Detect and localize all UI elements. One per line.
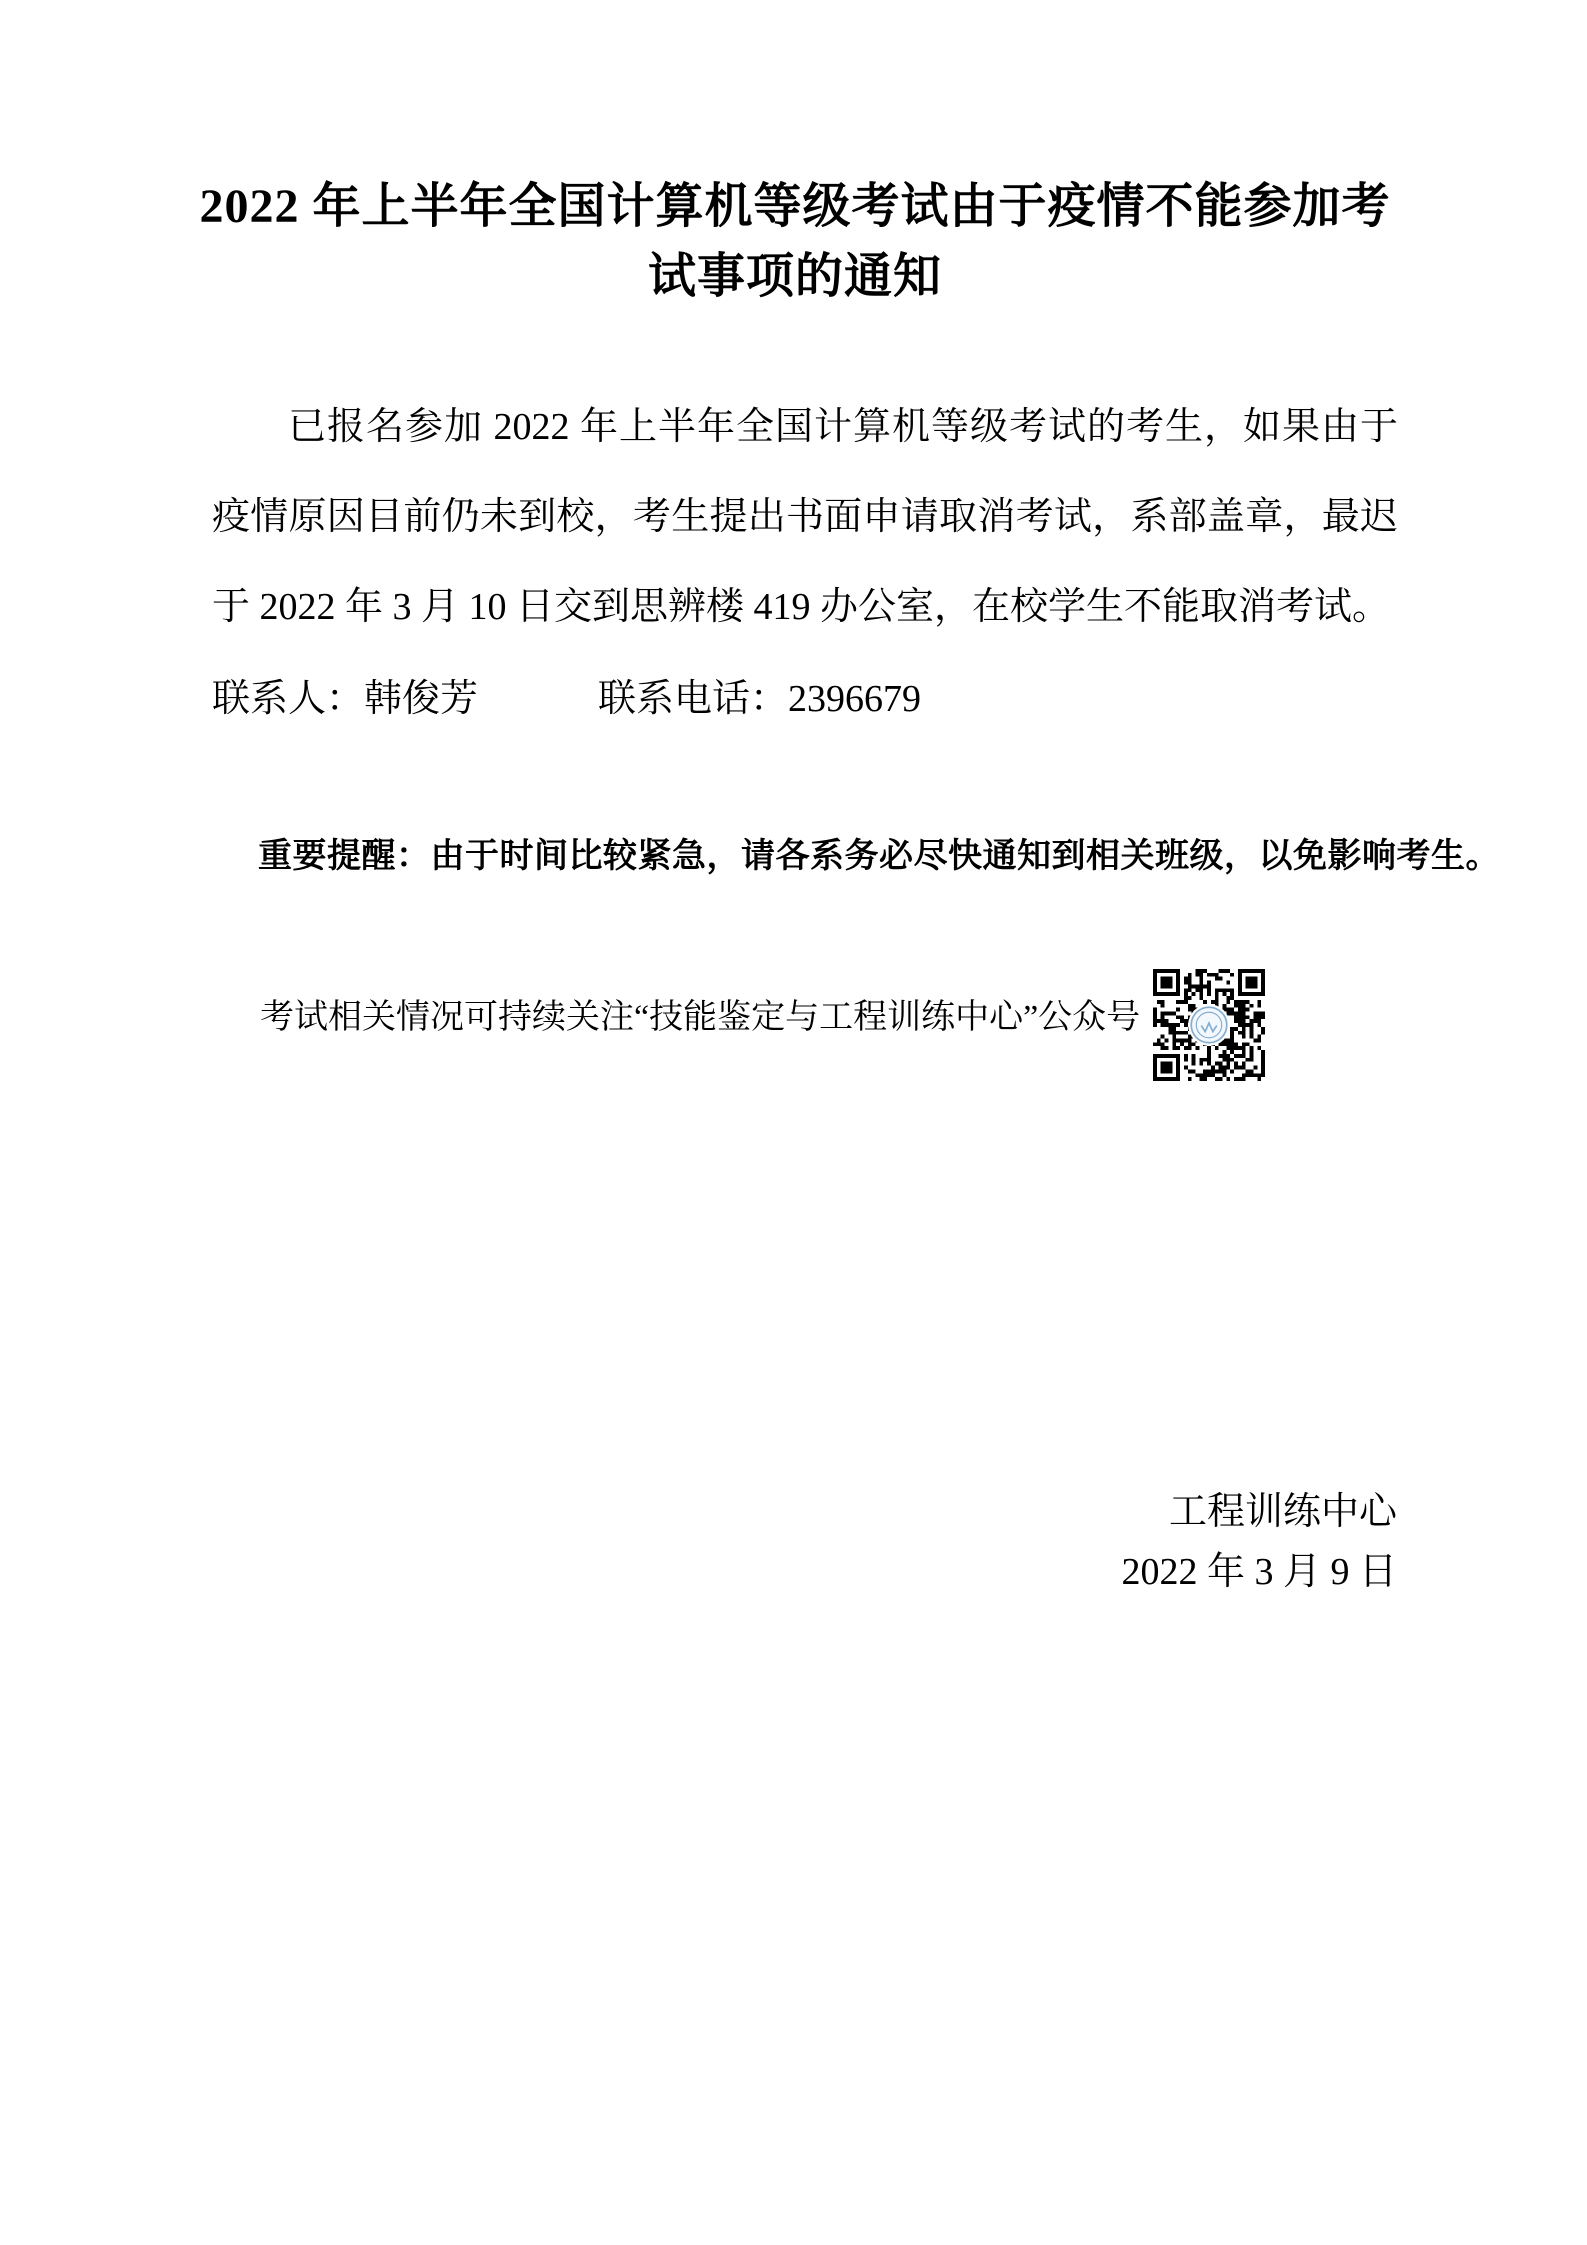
notice-title: 2022 年上半年全国计算机等级考试由于疫情不能参加考试事项的通知 xyxy=(195,172,1395,312)
qr-caption: 考试相关情况可持续关注“技能鉴定与工程训练中心”公众号 xyxy=(260,995,1140,1041)
contact-line: 联系人：韩俊芳联系电话：2396679 xyxy=(212,654,1398,744)
contact-person-label: 联系人： xyxy=(212,678,364,720)
signature-org: 工程训练中心 xyxy=(1121,1482,1397,1542)
notice-title-line1: 2022 年上半年全国计算机等级考试由于疫情不能参加考 xyxy=(199,180,1390,233)
signature-date: 2022 年 3 月 9 日 xyxy=(1121,1542,1397,1602)
document-page: 2022 年上半年全国计算机等级考试由于疫情不能参加考试事项的通知 已报名参加 … xyxy=(0,0,1587,2245)
contact-person-value: 韩俊芳 xyxy=(364,678,478,720)
contact-person-group: 联系人：韩俊芳 xyxy=(212,678,478,720)
signature-block: 工程训练中心 2022 年 3 月 9 日 xyxy=(1121,1482,1397,1602)
contact-phone-label: 联系电话： xyxy=(598,678,788,720)
body-paragraph: 已报名参加 2022 年上半年全国计算机等级考试的考生，如果由于疫情原因目前仍未… xyxy=(212,382,1398,652)
notice-title-line2: 试事项的通知 xyxy=(648,250,942,303)
contact-phone-group: 联系电话：2396679 xyxy=(598,678,921,720)
contact-phone-value: 2396679 xyxy=(788,678,921,720)
qrcode-image xyxy=(1153,969,1265,1081)
qr-section: 考试相关情况可持续关注“技能鉴定与工程训练中心”公众号 xyxy=(212,965,1398,1083)
important-reminder: 重要提醒：由于时间比较紧急，请各系务必尽快通知到相关班级，以免影响考生。 xyxy=(258,830,1500,882)
